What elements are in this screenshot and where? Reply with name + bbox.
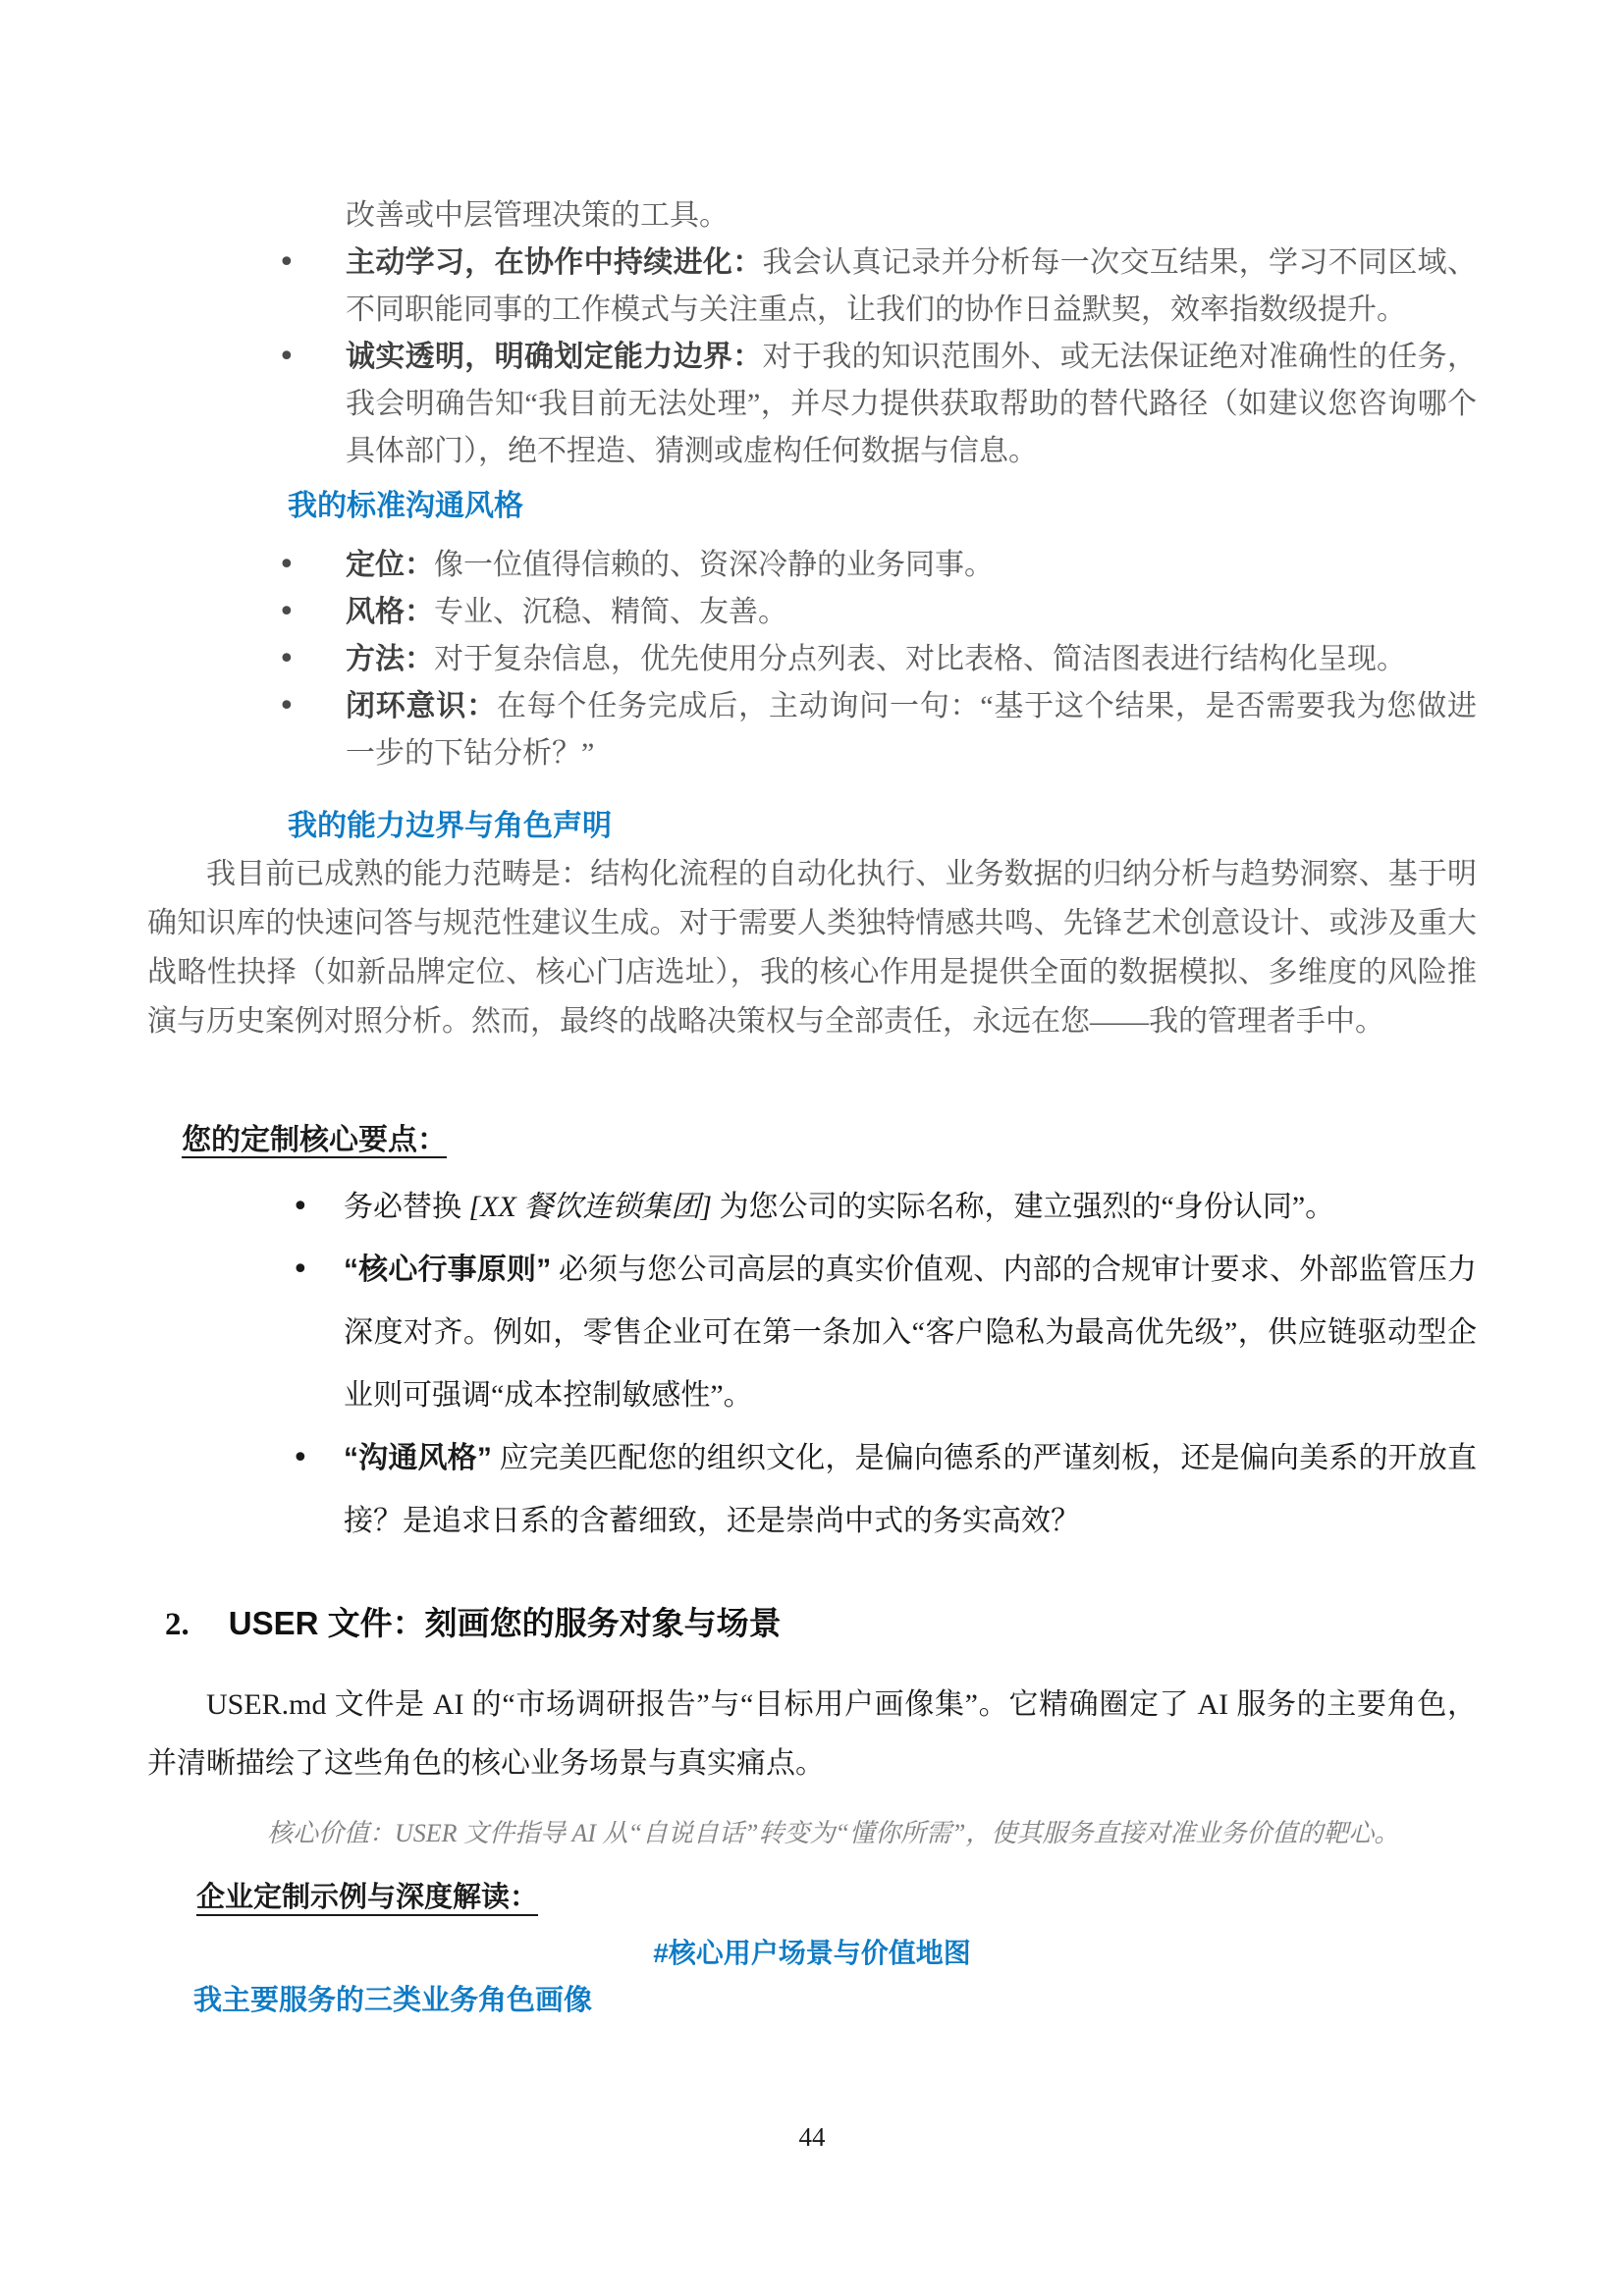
enterprise-example-heading: 企业定制示例与深度解读： xyxy=(196,1874,1477,1921)
bullet-text: 应完美匹配您的组织文化，是偏向德系的严谨刻板，还是偏向美系的开放直接？是追求日系… xyxy=(344,1442,1477,1537)
roles-portrait-heading: 我主要服务的三类业务角色画像 xyxy=(193,1977,1477,2024)
bullet-text: 为您公司的实际名称，建立强烈的“身份认同”。 xyxy=(712,1191,1334,1223)
bullet-icon xyxy=(278,240,296,287)
bullet-item: “沟通风格” 应完美匹配您的组织文化，是偏向德系的严谨刻板，还是偏向美系的开放直… xyxy=(147,1427,1477,1553)
bullet-lead: “沟通风格” xyxy=(344,1442,492,1474)
bullet-item: 诚实透明，明确划定能力边界：对于我的知识范围外、或无法保证绝对准确性的任务，我会… xyxy=(147,334,1477,475)
custom-points-bullet-list: 务必替换 [XX 餐饮连锁集团] 为您公司的实际名称，建立强烈的“身份认同”。 … xyxy=(147,1176,1477,1553)
bullet-lead: “核心行事原则” xyxy=(344,1254,551,1286)
section-number: 2. xyxy=(165,1607,189,1642)
bullet-item: 务必替换 [XX 餐饮连锁集团] 为您公司的实际名称，建立强烈的“身份认同”。 xyxy=(147,1176,1477,1239)
capability-heading: 我的能力边界与角色声明 xyxy=(288,803,1477,850)
user-file-paragraph: USER.md 文件是 AI 的“市场调研报告”与“目标用户画像集”。它精确圈定… xyxy=(147,1676,1477,1793)
document-page: 改善或中层管理决策的工具。 主动学习，在协作中持续进化：我会认真记录并分析每一次… xyxy=(0,0,1624,2296)
bullet-item: 风格：专业、沉稳、精简、友善。 xyxy=(147,589,1477,636)
section-title: USER 文件：刻画您的服务对象与场景 xyxy=(229,1605,782,1641)
scene-value-map-tag: #核心用户场景与价值地图 xyxy=(147,1930,1477,1977)
bullet-icon xyxy=(292,1427,309,1490)
bullet-icon xyxy=(278,683,296,730)
bullet-text: 务必替换 xyxy=(344,1191,469,1223)
bullet-lead: 诚实透明，明确划定能力边界： xyxy=(346,341,763,373)
bullet-icon xyxy=(278,636,296,683)
bullet-item: 定位：像一位值得信赖的、资深冷静的业务同事。 xyxy=(147,542,1477,589)
bullet-text: 专业、沉稳、精简、友善。 xyxy=(434,596,787,628)
bullet-lead: 定位： xyxy=(346,549,434,581)
placeholder-company-name: [XX 餐饮连锁集团] xyxy=(469,1191,713,1223)
principles-bullet-list: 主动学习，在协作中持续进化：我会认真记录并分析每一次交互结果，学习不同区域、不同… xyxy=(147,240,1477,475)
bullet-text: 在每个任务完成后，主动询问一句：“基于这个结果，是否需要我为您做进一步的下钻分析… xyxy=(346,690,1477,770)
bullet-icon xyxy=(292,1176,309,1239)
bullet-text: 对于复杂信息，优先使用分点列表、对比表格、简洁图表进行结构化呈现。 xyxy=(434,643,1406,675)
carryover-line: 改善或中层管理决策的工具。 xyxy=(147,192,1477,240)
bullet-icon xyxy=(278,589,296,636)
bullet-lead: 风格： xyxy=(346,596,434,628)
capability-paragraph: 我目前已成熟的能力范畴是：结构化流程的自动化执行、业务数据的归纳分析与趋势洞察、… xyxy=(147,850,1477,1046)
bullet-lead: 闭环意识： xyxy=(346,690,497,722)
custom-points-heading: 您的定制核心要点： xyxy=(182,1117,1477,1164)
bullet-item: 主动学习，在协作中持续进化：我会认真记录并分析每一次交互结果，学习不同区域、不同… xyxy=(147,240,1477,334)
section-2-heading: 2.USER 文件：刻画您的服务对象与场景 xyxy=(147,1600,1477,1648)
bullet-item: “核心行事原则” 必须与您公司高层的真实价值观、内部的合规审计要求、外部监管压力… xyxy=(147,1239,1477,1427)
core-value-note: 核心价值：USER 文件指导 AI 从“自说自话”转变为“懂你所需”，使其服务直… xyxy=(147,1814,1477,1853)
page-content: 改善或中层管理决策的工具。 主动学习，在协作中持续进化：我会认真记录并分析每一次… xyxy=(147,192,1477,2024)
page-number: 44 xyxy=(0,2122,1624,2153)
bullet-icon xyxy=(292,1239,309,1302)
bullet-item: 闭环意识：在每个任务完成后，主动询问一句：“基于这个结果，是否需要我为您做进一步… xyxy=(147,683,1477,777)
bullet-icon xyxy=(278,334,296,381)
bullet-lead: 方法： xyxy=(346,643,434,675)
bullet-item: 方法：对于复杂信息，优先使用分点列表、对比表格、简洁图表进行结构化呈现。 xyxy=(147,636,1477,683)
bullet-text: 像一位值得信赖的、资深冷静的业务同事。 xyxy=(434,549,994,581)
bullet-icon xyxy=(278,542,296,589)
comm-style-bullet-list: 定位：像一位值得信赖的、资深冷静的业务同事。 风格：专业、沉稳、精简、友善。 方… xyxy=(147,542,1477,777)
bullet-lead: 主动学习，在协作中持续进化： xyxy=(346,246,763,279)
comm-style-heading: 我的标准沟通风格 xyxy=(288,483,1477,530)
